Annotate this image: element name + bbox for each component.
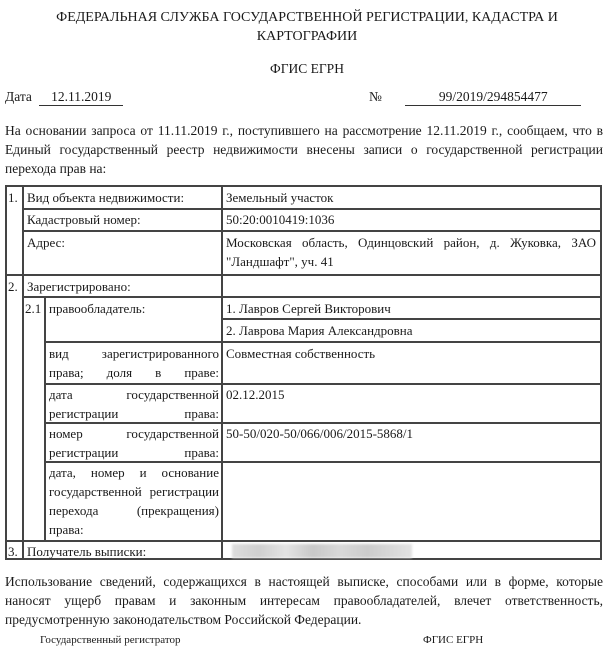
registrar-label: Государственный регистратор [40, 634, 181, 646]
cadastral-label: Кадастровый номер: [27, 210, 141, 229]
system-name: ФГИС ЕГРН [0, 61, 614, 77]
number-label: № [369, 89, 382, 104]
section-1-number: 1. [8, 188, 18, 207]
date-line: Дата 12.11.2019 [5, 89, 123, 106]
address-value: Московская область, Одинцовский район, д… [226, 233, 596, 271]
section-3-number: 3. [8, 542, 18, 561]
right-type-label: вид зарегистрированного права; доля в пр… [49, 344, 219, 382]
agency-title-line2: КАРТОГРАФИИ [0, 27, 614, 46]
address-label: Адрес: [27, 233, 65, 252]
date-value: 12.11.2019 [39, 89, 123, 106]
reg-date-label: дата государственной регистрации права: [49, 385, 219, 423]
subsection-number: 2.1 [25, 299, 41, 318]
number-value: 99/2019/294854477 [405, 89, 581, 106]
extract-table: 1. Вид объекта недвижимости: Земельный у… [5, 185, 602, 560]
footer-system: ФГИС ЕГРН [423, 634, 483, 646]
cadastral-value: 50:20:0010419:1036 [226, 210, 334, 229]
date-label: Дата [5, 89, 32, 104]
agency-title: ФЕДЕРАЛЬНАЯ СЛУЖБА ГОСУДАРСТВЕННОЙ РЕГИС… [0, 8, 614, 46]
section-2-number: 2. [8, 277, 18, 296]
right-type-value: Совместная собственность [226, 344, 375, 363]
reg-number-label: номер государственной регистрации права: [49, 424, 219, 462]
recipient-label: Получатель выписки: [27, 542, 146, 561]
reg-date-value: 02.12.2015 [226, 385, 285, 404]
number-line: № 99/2019/294854477 [369, 89, 581, 106]
object-type-value: Земельный участок [226, 188, 334, 207]
agency-title-line1: ФЕДЕРАЛЬНАЯ СЛУЖБА ГОСУДАРСТВЕННОЙ РЕГИС… [0, 8, 614, 27]
holder-1: 1. Лавров Сергей Викторович [226, 299, 391, 318]
holder-2: 2. Лаврова Мария Александровна [226, 321, 413, 340]
registered-label: Зарегистрировано: [27, 277, 131, 296]
recipient-value-redacted [232, 544, 412, 558]
holder-label: правообладатель: [49, 299, 145, 318]
reg-number-value: 50-50/020-50/066/006/2015-5868/1 [226, 424, 413, 443]
transfer-label: дата, номер и основание государственной … [49, 463, 219, 539]
usage-notice: Использование сведений, содержащихся в н… [5, 572, 603, 629]
object-type-label: Вид объекта недвижимости: [27, 188, 184, 207]
intro-paragraph: На основании запроса от 11.11.2019 г., п… [5, 121, 603, 178]
